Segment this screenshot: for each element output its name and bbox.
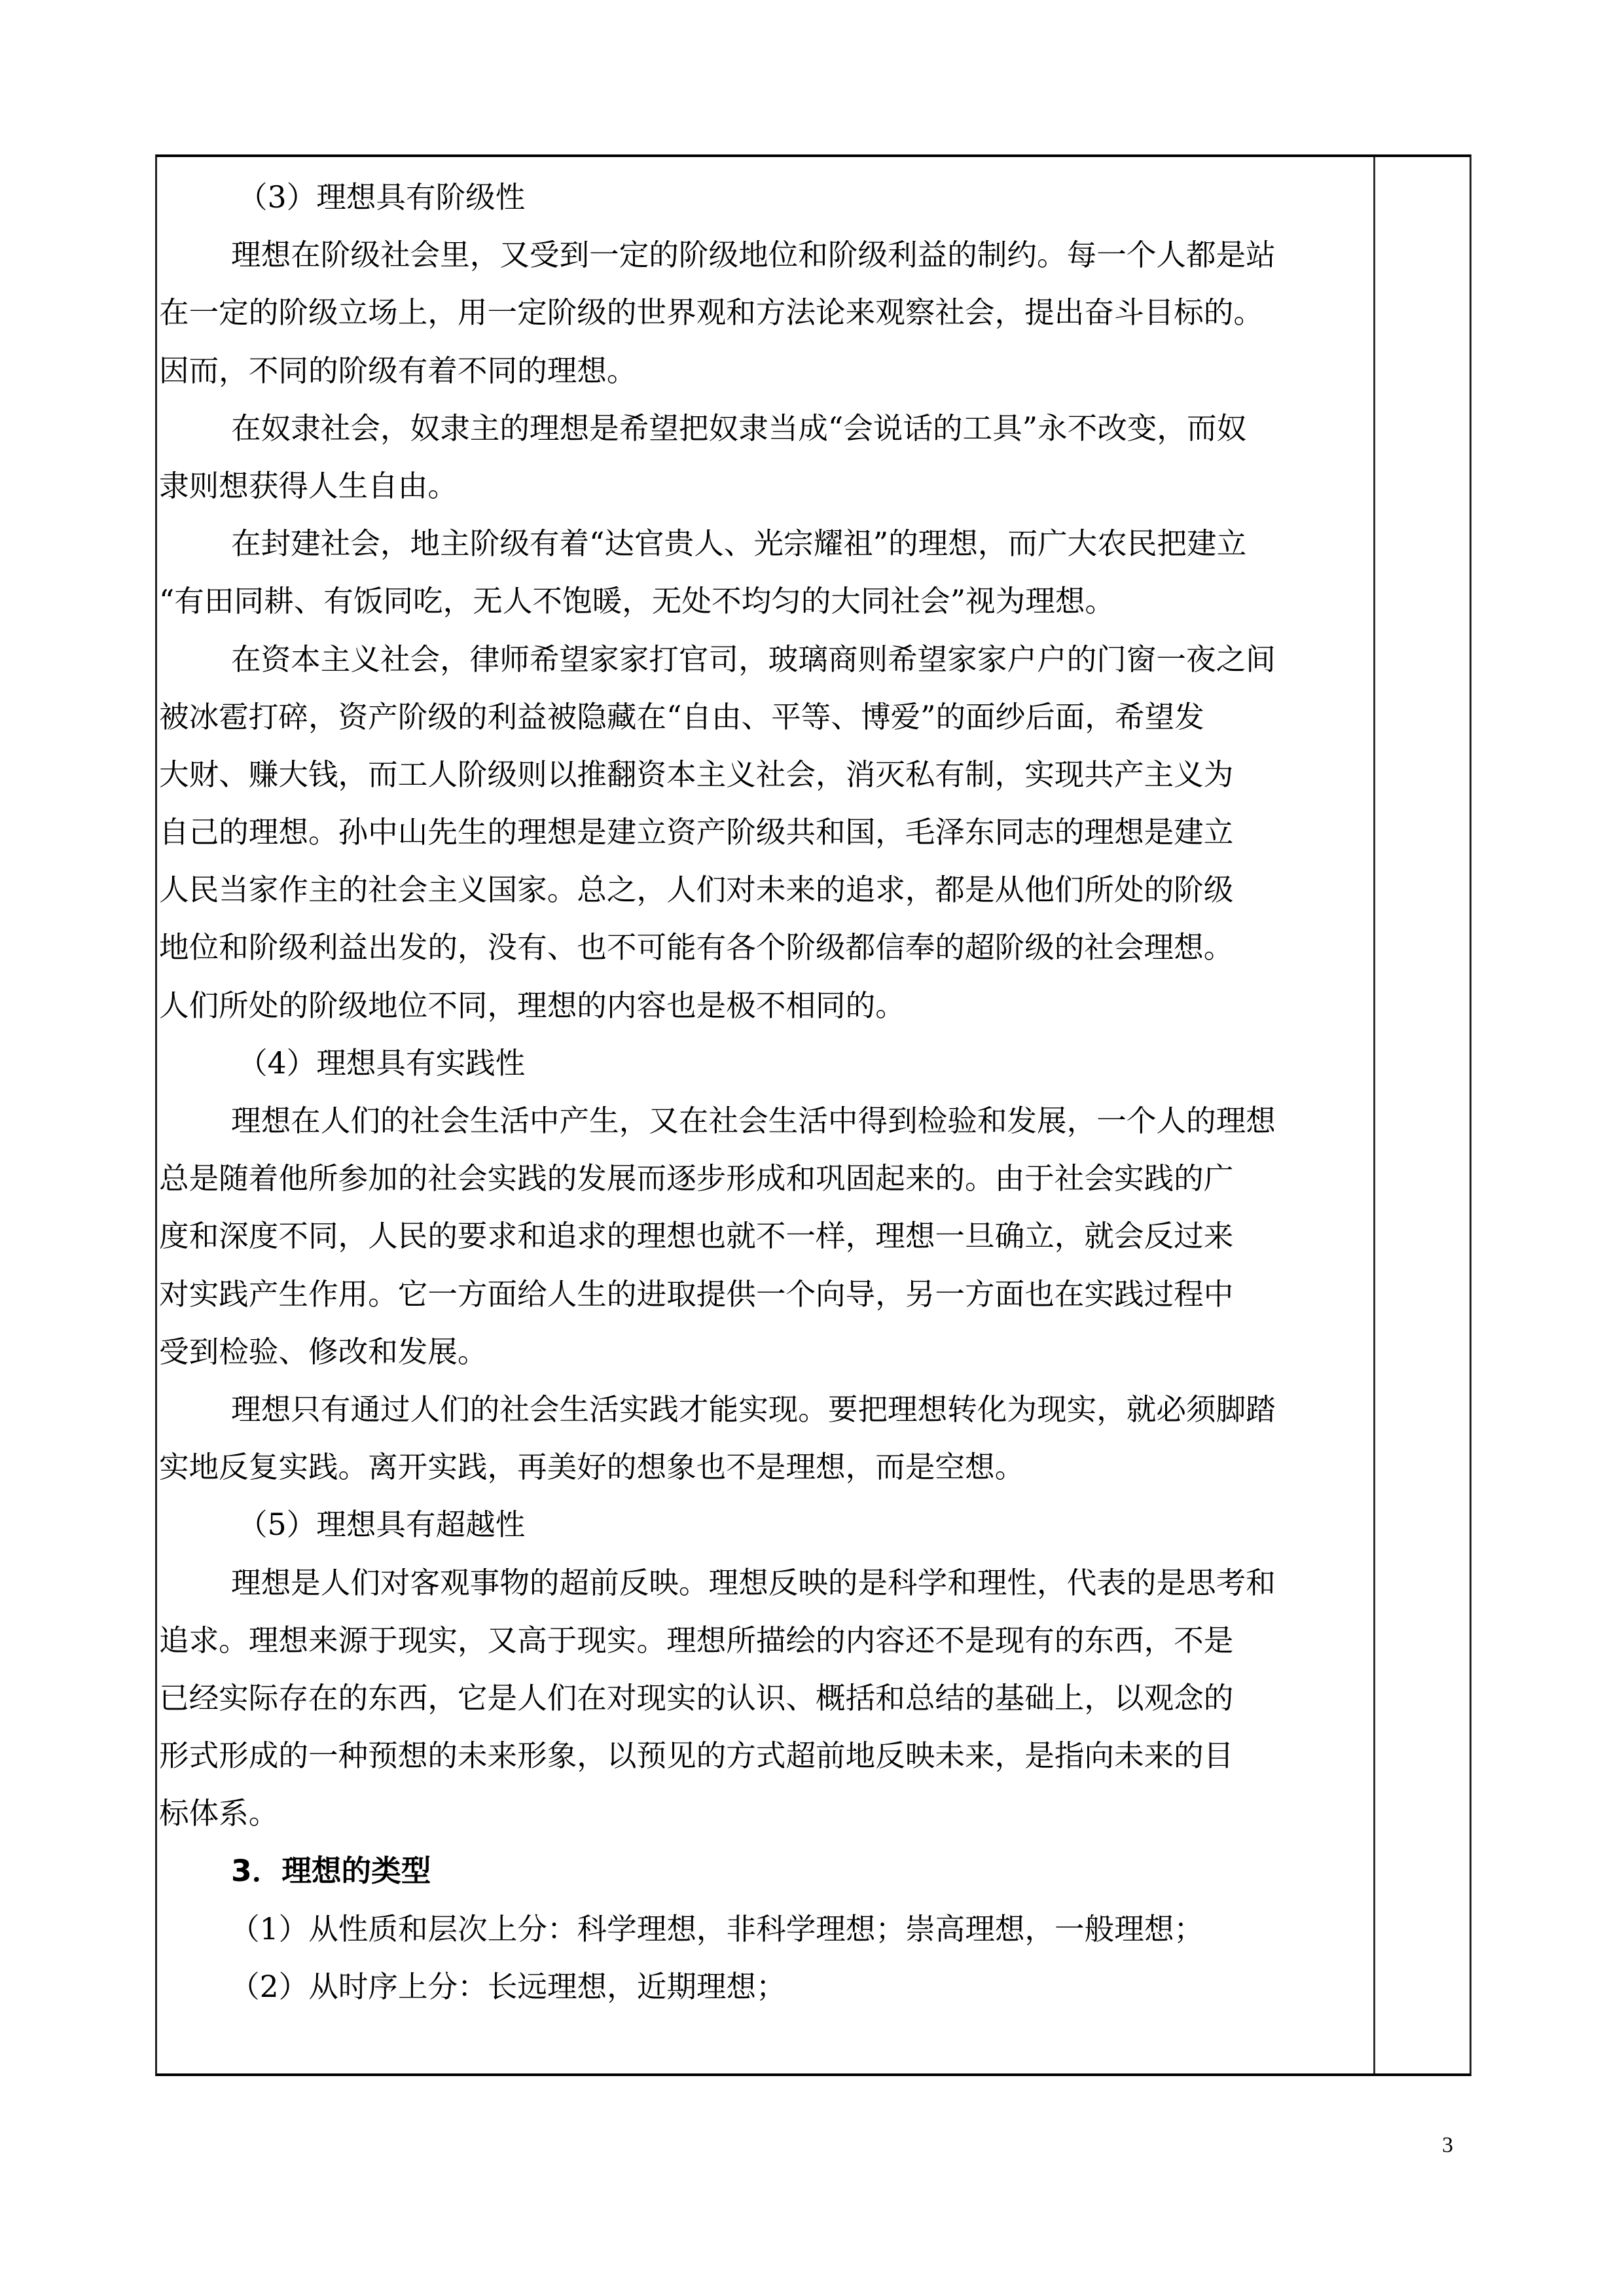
paragraph-line: 地位和阶级利益出发的，没有、也不可能有各个阶级都信奉的超阶级的社会理想。	[159, 919, 1361, 977]
list-item: （2）从时序上分：长远理想，近期理想；	[159, 1958, 1361, 2016]
notes-column-cell	[1375, 157, 1470, 2073]
paragraph-line: 理想是人们对客观事物的超前反映。理想反映的是科学和理性，代表的是思考和	[159, 1554, 1361, 1612]
list-item: （1）从性质和层次上分：科学理想，非科学理想；崇高理想，一般理想；	[159, 1901, 1361, 1958]
paragraph-line: 实地反复实践。离开实践，再美好的想象也不是理想，而是空想。	[159, 1439, 1361, 1496]
paragraph-line: “有田同耕、有饭同吃，无人不饱暖，无处不均匀的大同社会”视为理想。	[159, 573, 1361, 630]
paragraph-line: 度和深度不同，人民的要求和追求的理想也就不一样，理想一旦确立，就会反过来	[159, 1208, 1361, 1265]
paragraph-line: 理想只有通过人们的社会生活实践才能实现。要把理想转化为现实，就必须脚踏	[159, 1381, 1361, 1439]
section-heading-practicality: （4）理想具有实践性	[159, 1035, 1361, 1092]
paragraph-line: 在一定的阶级立场上，用一定阶级的世界观和方法论来观察社会，提出奋斗目标的。	[159, 284, 1361, 342]
paragraph-line: 在奴隶社会，奴隶主的理想是希望把奴隶当成“会说话的工具”永不改变，而奴	[159, 400, 1361, 457]
paragraph-line: 已经实际存在的东西，它是人们在对现实的认识、概括和总结的基础上，以观念的	[159, 1670, 1361, 1727]
paragraph-line: 隶则想获得人生自由。	[159, 457, 1361, 515]
paragraph-line: 总是随着他所参加的社会实践的发展而逐步形成和巩固起来的。由于社会实践的广	[159, 1150, 1361, 1208]
section-heading-types-of-ideals: 3．理想的类型	[159, 1842, 1361, 1900]
paragraph-line: 追求。理想来源于现实，又高于现实。理想所描绘的内容还不是现有的东西，不是	[159, 1612, 1361, 1670]
paragraph-line: 对实践产生作用。它一方面给人生的进取提供一个向导，另一方面也在实践过程中	[159, 1266, 1361, 1323]
paragraph-line: 被冰雹打碎，资产阶级的利益被隐藏在“自由、平等、博爱”的面纱后面，希望发	[159, 689, 1361, 746]
section-heading-class-nature: （3）理想具有阶级性	[159, 169, 1361, 226]
paragraph-line: 人民当家作主的社会主义国家。总之，人们对未来的追求，都是从他们所处的阶级	[159, 861, 1361, 919]
paragraph-line: 人们所处的阶级地位不同，理想的内容也是极不相同的。	[159, 977, 1361, 1035]
paragraph-line: 大财、赚大钱，而工人阶级则以推翻资本主义社会，消灭私有制，实现共产主义为	[159, 746, 1361, 804]
paragraph-line: 标体系。	[159, 1785, 1361, 1842]
page-number: 3	[1442, 2131, 1453, 2160]
content-table: （3）理想具有阶级性 理想在阶级社会里，又受到一定的阶级地位和阶级利益的制约。每…	[155, 154, 1471, 2076]
paragraph-line: 因而，不同的阶级有着不同的理想。	[159, 342, 1361, 400]
section-heading-transcendence: （5）理想具有超越性	[159, 1496, 1361, 1554]
paragraph-line: 在封建社会，地主阶级有着“达官贵人、光宗耀祖”的理想，而广大农民把建立	[159, 515, 1361, 573]
main-content-cell: （3）理想具有阶级性 理想在阶级社会里，又受到一定的阶级地位和阶级利益的制约。每…	[159, 169, 1361, 2016]
document-page: （3）理想具有阶级性 理想在阶级社会里，又受到一定的阶级地位和阶级利益的制约。每…	[0, 0, 1624, 2296]
paragraph-line: 受到检验、修改和发展。	[159, 1323, 1361, 1381]
paragraph-line: 在资本主义社会，律师希望家家打官司，玻璃商则希望家家户户的门窗一夜之间	[159, 631, 1361, 689]
paragraph-line: 形式形成的一种预想的未来形象，以预见的方式超前地反映未来，是指向未来的目	[159, 1727, 1361, 1785]
paragraph-line: 自己的理想。孙中山先生的理想是建立资产阶级共和国，毛泽东同志的理想是建立	[159, 804, 1361, 861]
paragraph-line: 理想在阶级社会里，又受到一定的阶级地位和阶级利益的制约。每一个人都是站	[159, 226, 1361, 284]
paragraph-line: 理想在人们的社会生活中产生，又在社会生活中得到检验和发展，一个人的理想	[159, 1092, 1361, 1150]
